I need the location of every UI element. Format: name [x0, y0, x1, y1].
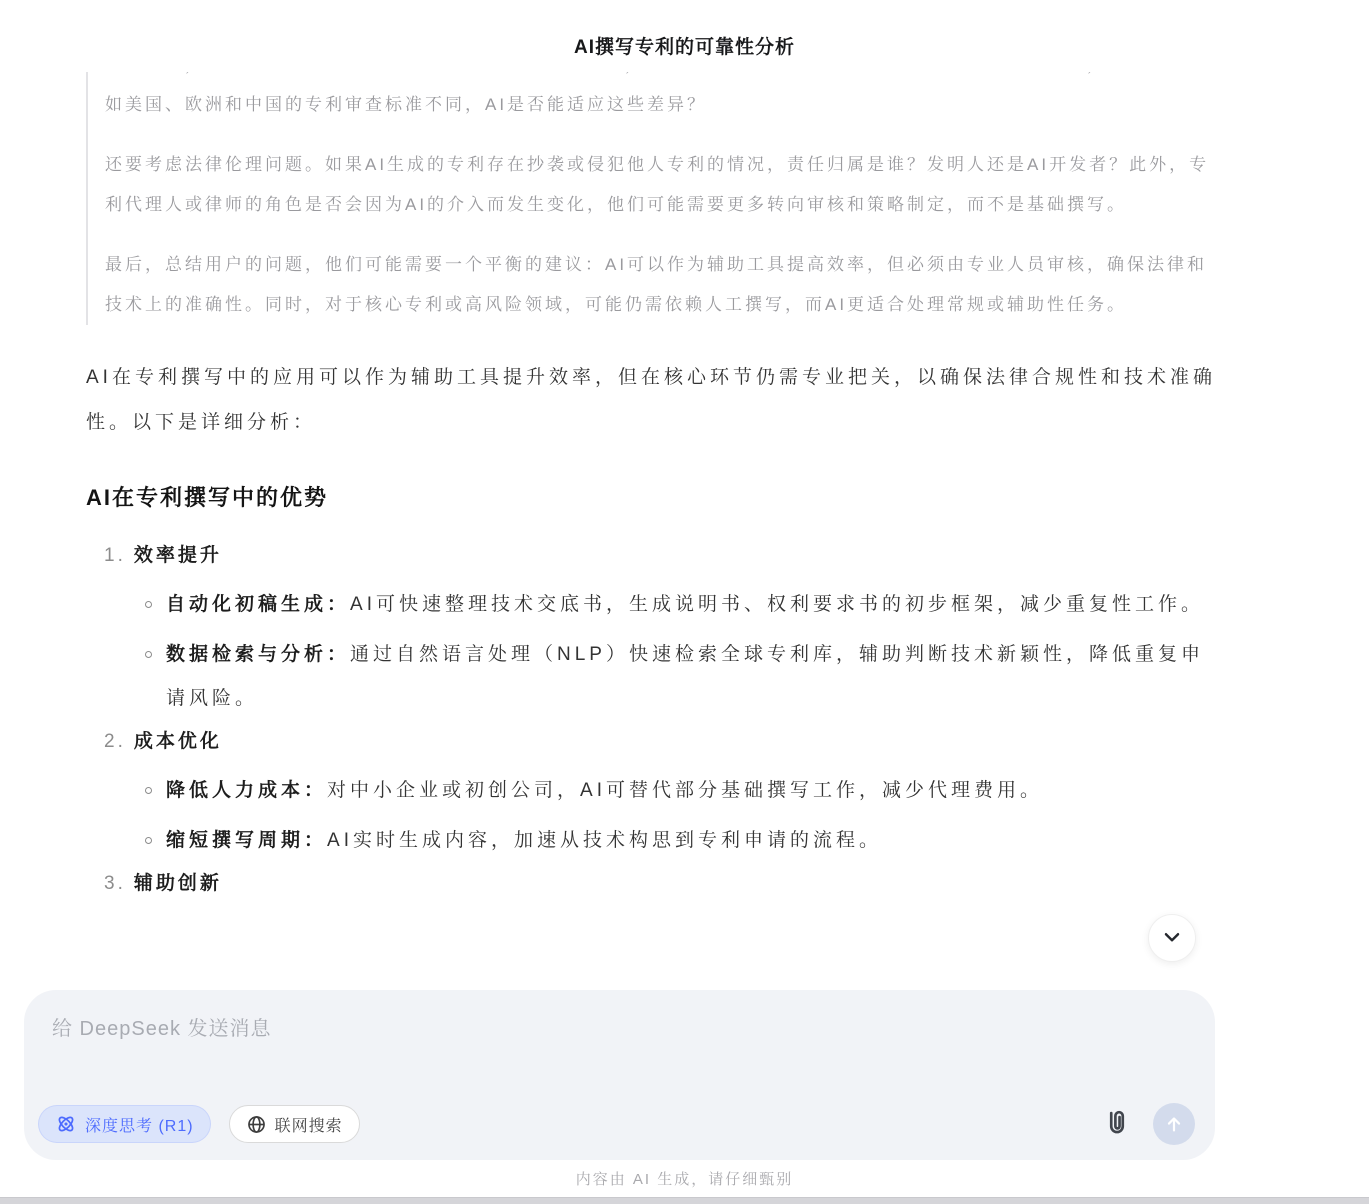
bullet-item: 自动化初稿生成：AI可快速整理技术交底书，生成说明书、权利要求书的初步框架，减少…	[145, 583, 1218, 627]
globe-icon	[246, 1114, 267, 1135]
list-number: 3.	[104, 873, 126, 894]
bullet-label: 缩短撰写周期：	[166, 830, 327, 851]
deepthink-toggle[interactable]: 深度思考 (R1)	[38, 1105, 211, 1143]
chevron-down-icon	[1159, 924, 1185, 953]
answer-intro: AI在专利撰写中的应用可以作为辅助工具提升效率，但在核心环节仍需专业把关，以确保…	[86, 355, 1218, 445]
list-item-3: 3.辅助创新	[86, 863, 1218, 905]
bullet-label: 降低人力成本：	[166, 780, 327, 801]
atom-icon	[55, 1113, 77, 1135]
page-title: AI撰写专利的可靠性分析	[0, 32, 1369, 59]
thinking-clipped-line: 写。另外，不同国家和地区的专利法律和格式要求存在差异，AI生成的内容能否完全符合…	[105, 72, 1218, 85]
bullet-label: 自动化初稿生成：	[166, 594, 350, 615]
section-heading: AI在专利撰写中的优势	[86, 483, 1218, 513]
ai-disclaimer: 内容由 AI 生成，请仔细甄别	[0, 1168, 1369, 1189]
list-number: 2.	[104, 731, 126, 752]
bullet-item: 降低人力成本：对中小企业或初创公司，AI可替代部分基础撰写工作，减少代理费用。	[145, 769, 1218, 813]
message-composer: 深度思考 (R1) 联网搜索	[24, 990, 1215, 1160]
paperclip-icon	[1103, 1109, 1131, 1139]
list-item-2: 2.成本优化	[86, 721, 1218, 763]
bullet-label: 数据检索与分析：	[166, 644, 350, 665]
arrow-up-icon	[1163, 1113, 1185, 1135]
list-item-title: 成本优化	[134, 731, 222, 752]
chat-content: 写。另外，不同国家和地区的专利法律和格式要求存在差异，AI生成的内容能否完全符合…	[86, 72, 1218, 905]
deepthink-label: 深度思考 (R1)	[85, 1113, 194, 1136]
list-item-title: 辅助创新	[134, 873, 222, 894]
bullet-text: 对中小企业或初创公司，AI可替代部分基础撰写工作，减少代理费用。	[327, 780, 1043, 801]
list-item-1: 1.效率提升	[86, 535, 1218, 577]
thinking-paragraph: 最后，总结用户的问题，他们可能需要一个平衡的建议：AI可以作为辅助工具提高效率，…	[105, 245, 1218, 325]
web-search-label: 联网搜索	[275, 1113, 343, 1136]
scroll-to-bottom-button[interactable]	[1148, 914, 1196, 962]
thinking-paragraph: 还要考虑法律伦理问题。如果AI生成的专利存在抄袭或侵犯他人专利的情况，责任归属是…	[105, 145, 1218, 225]
message-input[interactable]	[52, 1012, 1182, 1072]
send-button[interactable]	[1153, 1103, 1195, 1145]
bullet-item: 缩短撰写周期：AI实时生成内容，加速从技术构思到专利申请的流程。	[145, 819, 1218, 863]
deepseek-chat-window: AI撰写专利的可靠性分析 写。另外，不同国家和地区的专利法律和格式要求存在差异，…	[0, 0, 1369, 1204]
bullet-dot-icon	[145, 601, 152, 608]
web-search-toggle[interactable]: 联网搜索	[229, 1105, 360, 1143]
thinking-paragraph: 如美国、欧洲和中国的专利审查标准不同，AI是否能适应这些差异？	[105, 85, 1218, 125]
bullet-dot-icon	[145, 651, 152, 658]
bottom-edge-bar	[0, 1197, 1369, 1204]
bullet-item: 数据检索与分析：通过自然语言处理（NLP）快速检索全球专利库，辅助判断技术新颖性…	[145, 633, 1218, 721]
attach-button[interactable]	[1097, 1104, 1137, 1144]
bullet-dot-icon	[145, 837, 152, 844]
bullet-text: AI实时生成内容，加速从技术构思到专利申请的流程。	[327, 830, 882, 851]
list-number: 1.	[104, 545, 126, 566]
bullet-text: AI可快速整理技术交底书，生成说明书、权利要求书的初步框架，减少重复性工作。	[350, 594, 1204, 615]
thinking-block: 写。另外，不同国家和地区的专利法律和格式要求存在差异，AI生成的内容能否完全符合…	[86, 72, 1218, 325]
bullet-dot-icon	[145, 787, 152, 794]
list-item-title: 效率提升	[134, 545, 222, 566]
advantages-list: 1.效率提升 自动化初稿生成：AI可快速整理技术交底书，生成说明书、权利要求书的…	[86, 535, 1218, 905]
